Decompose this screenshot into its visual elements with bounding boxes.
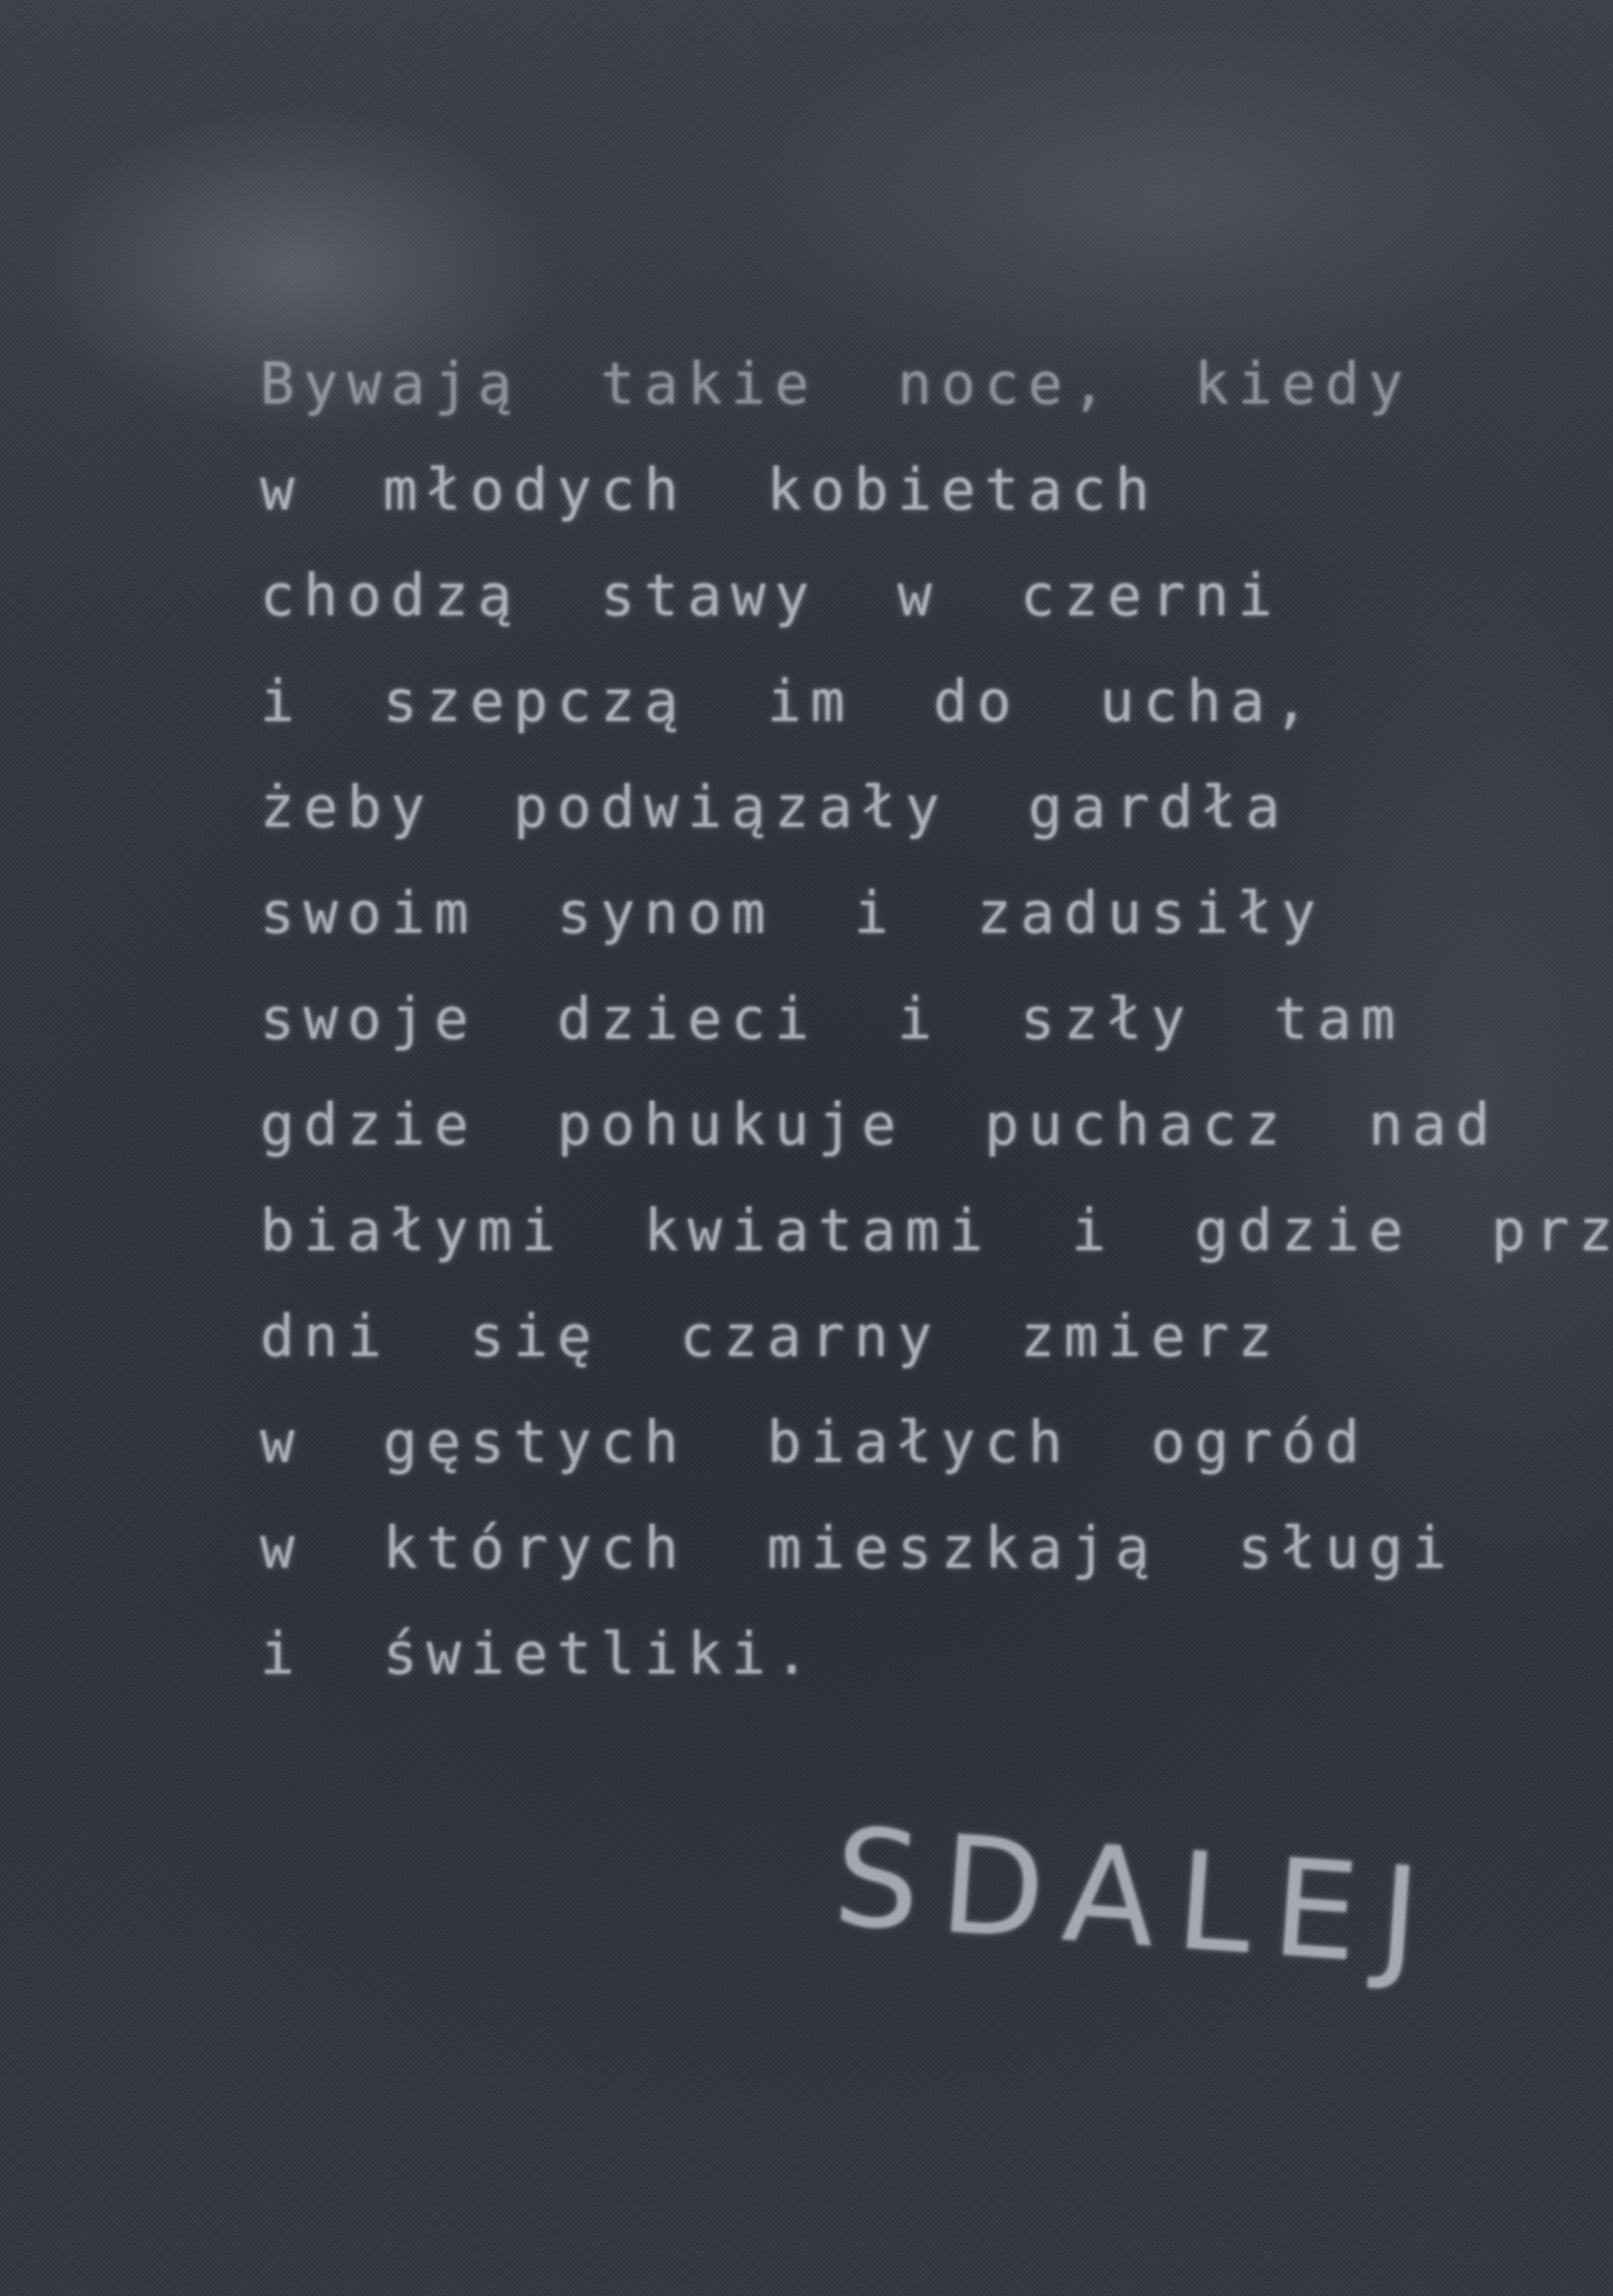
artist-signature: SDALEJ (829, 1800, 1446, 1998)
poem-line: w młodych kobietach (260, 438, 1444, 544)
poem-line: gdzie pohukuje puchacz nad (260, 1073, 1444, 1178)
painted-canvas: Bywają takie noce, kiedy w młodych kobie… (0, 0, 1613, 2296)
poem-line: swoim synom i zadusiły (260, 861, 1444, 967)
handwritten-poem: Bywają takie noce, kiedy w młodych kobie… (260, 332, 1444, 1708)
poem-line: dni się czarny zmierz (260, 1284, 1444, 1390)
poem-line: swoje dzieci i szły tam (260, 967, 1444, 1073)
poem-line: i świetliki. (260, 1602, 1444, 1708)
poem-line: chodzą stawy w czerni (260, 544, 1444, 649)
poem-line: Bywają takie noce, kiedy (260, 332, 1444, 438)
poem-line: w których mieszkają sługi (260, 1496, 1444, 1602)
poem-line: żeby podwiązały gardła (260, 755, 1444, 861)
poem-line: i szepczą im do ucha, (260, 649, 1444, 755)
poem-line: białymi kwiatami i gdzie przez (260, 1178, 1444, 1284)
poem-line: w gęstych białych ogród (260, 1390, 1444, 1496)
